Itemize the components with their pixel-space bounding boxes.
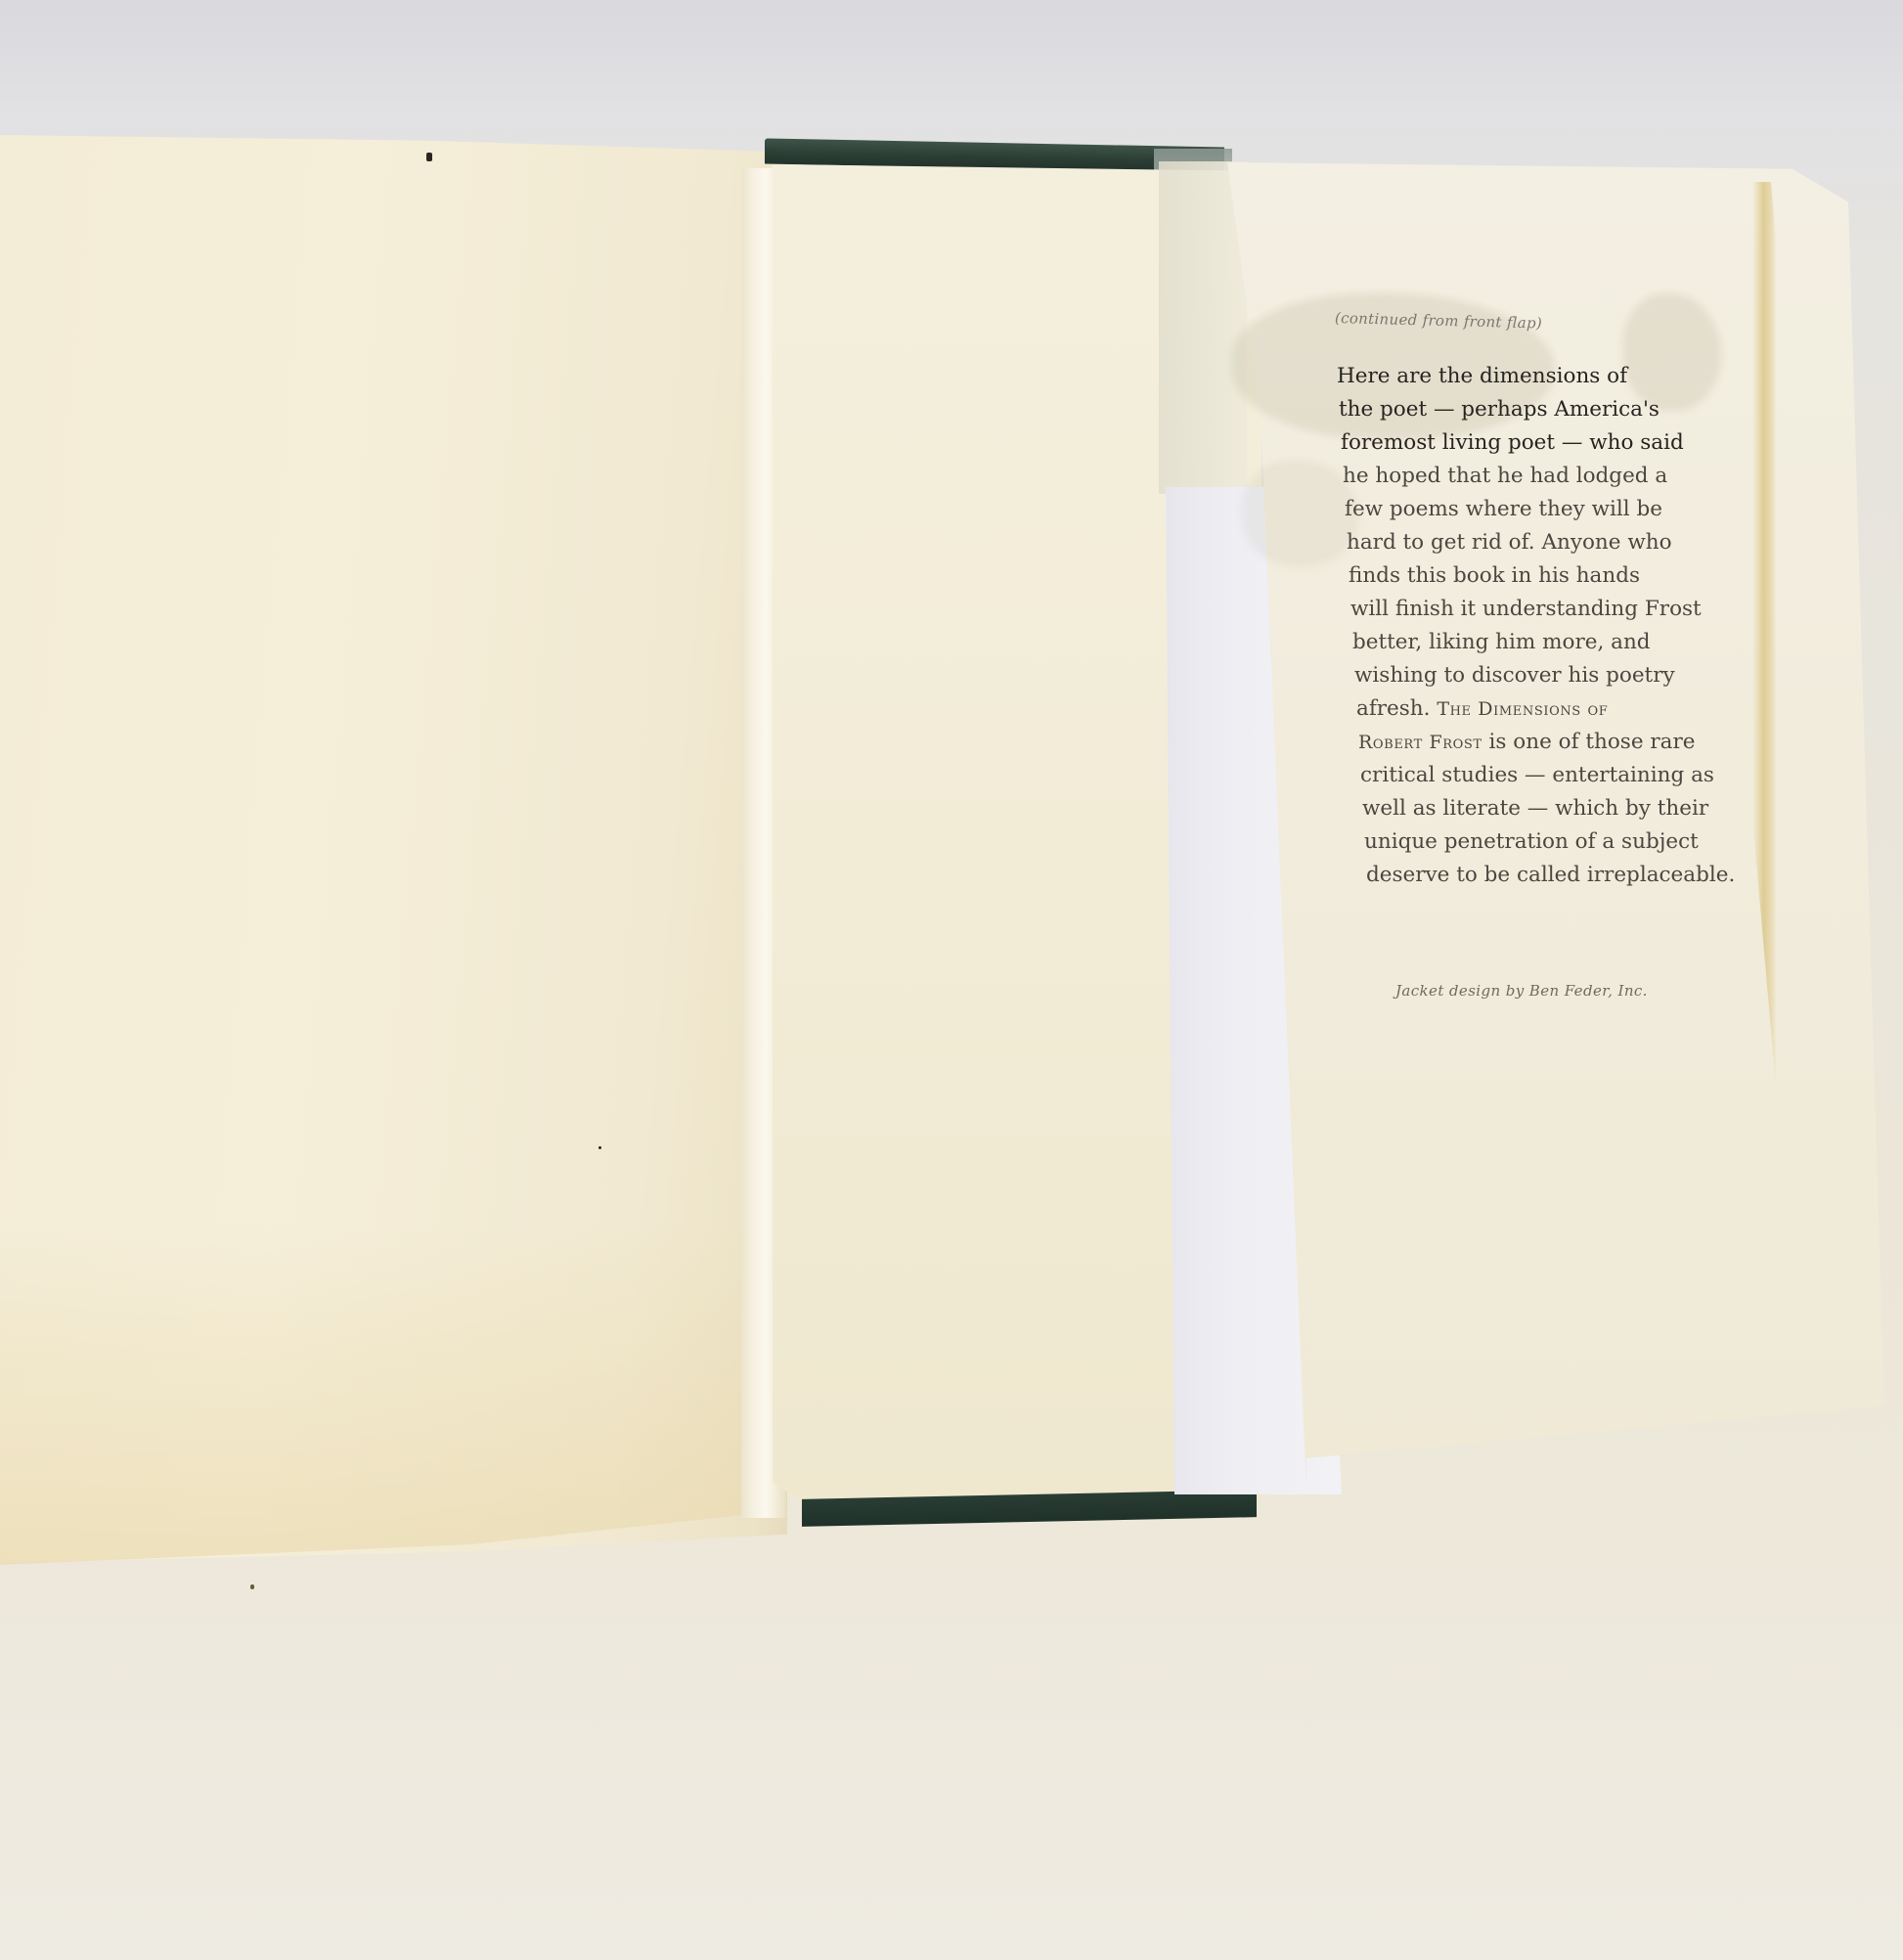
flap-line: the poet — perhaps America's [1339, 393, 1765, 426]
flap-line: well as literate — which by their [1362, 792, 1765, 825]
flap-line: Robert Frost is one of those rare [1358, 726, 1765, 759]
flap-line: foremost living poet — who said [1341, 426, 1765, 460]
flap-line: critical studies — entertaining as [1360, 759, 1765, 792]
flap-line: deserve to be called irreplaceable. [1366, 859, 1765, 892]
flap-text-span: is one of those rare [1489, 730, 1696, 754]
jacket-design-credit: Jacket design by Ben Feder, Inc. [1395, 982, 1765, 1000]
continued-note: (continued from front flap) [1335, 309, 1765, 338]
page-speck [426, 153, 432, 161]
flap-line: will finish it understanding Frost [1350, 593, 1765, 626]
flap-line: better, liking him more, and [1352, 626, 1765, 659]
flap-line: few poems where they will be [1345, 493, 1765, 526]
flap-line: hard to get rid of. Anyone who [1347, 526, 1765, 559]
flap-line: he hoped that he had lodged a [1343, 460, 1765, 493]
flap-text-span: afresh. [1356, 696, 1431, 721]
book-title-smallcaps: The Dimensions of [1437, 698, 1608, 720]
flap-line: wishing to discover his poetry [1354, 659, 1765, 692]
page-speck [598, 1146, 601, 1149]
flap-line: Here are the dimensions of [1337, 360, 1765, 393]
left-page-shadow [0, 1223, 787, 1565]
table-speck [250, 1584, 254, 1589]
book-title-smallcaps: Robert Frost [1358, 732, 1483, 753]
flap-line: afresh. The Dimensions of [1356, 692, 1765, 726]
flap-line: finds this book in his hands [1349, 559, 1765, 593]
jacket-protector-strip [1159, 161, 1247, 494]
flap-copy: (continued from front flap) Here are the… [1335, 309, 1765, 1000]
flap-line: unique penetration of a subject [1364, 825, 1765, 859]
